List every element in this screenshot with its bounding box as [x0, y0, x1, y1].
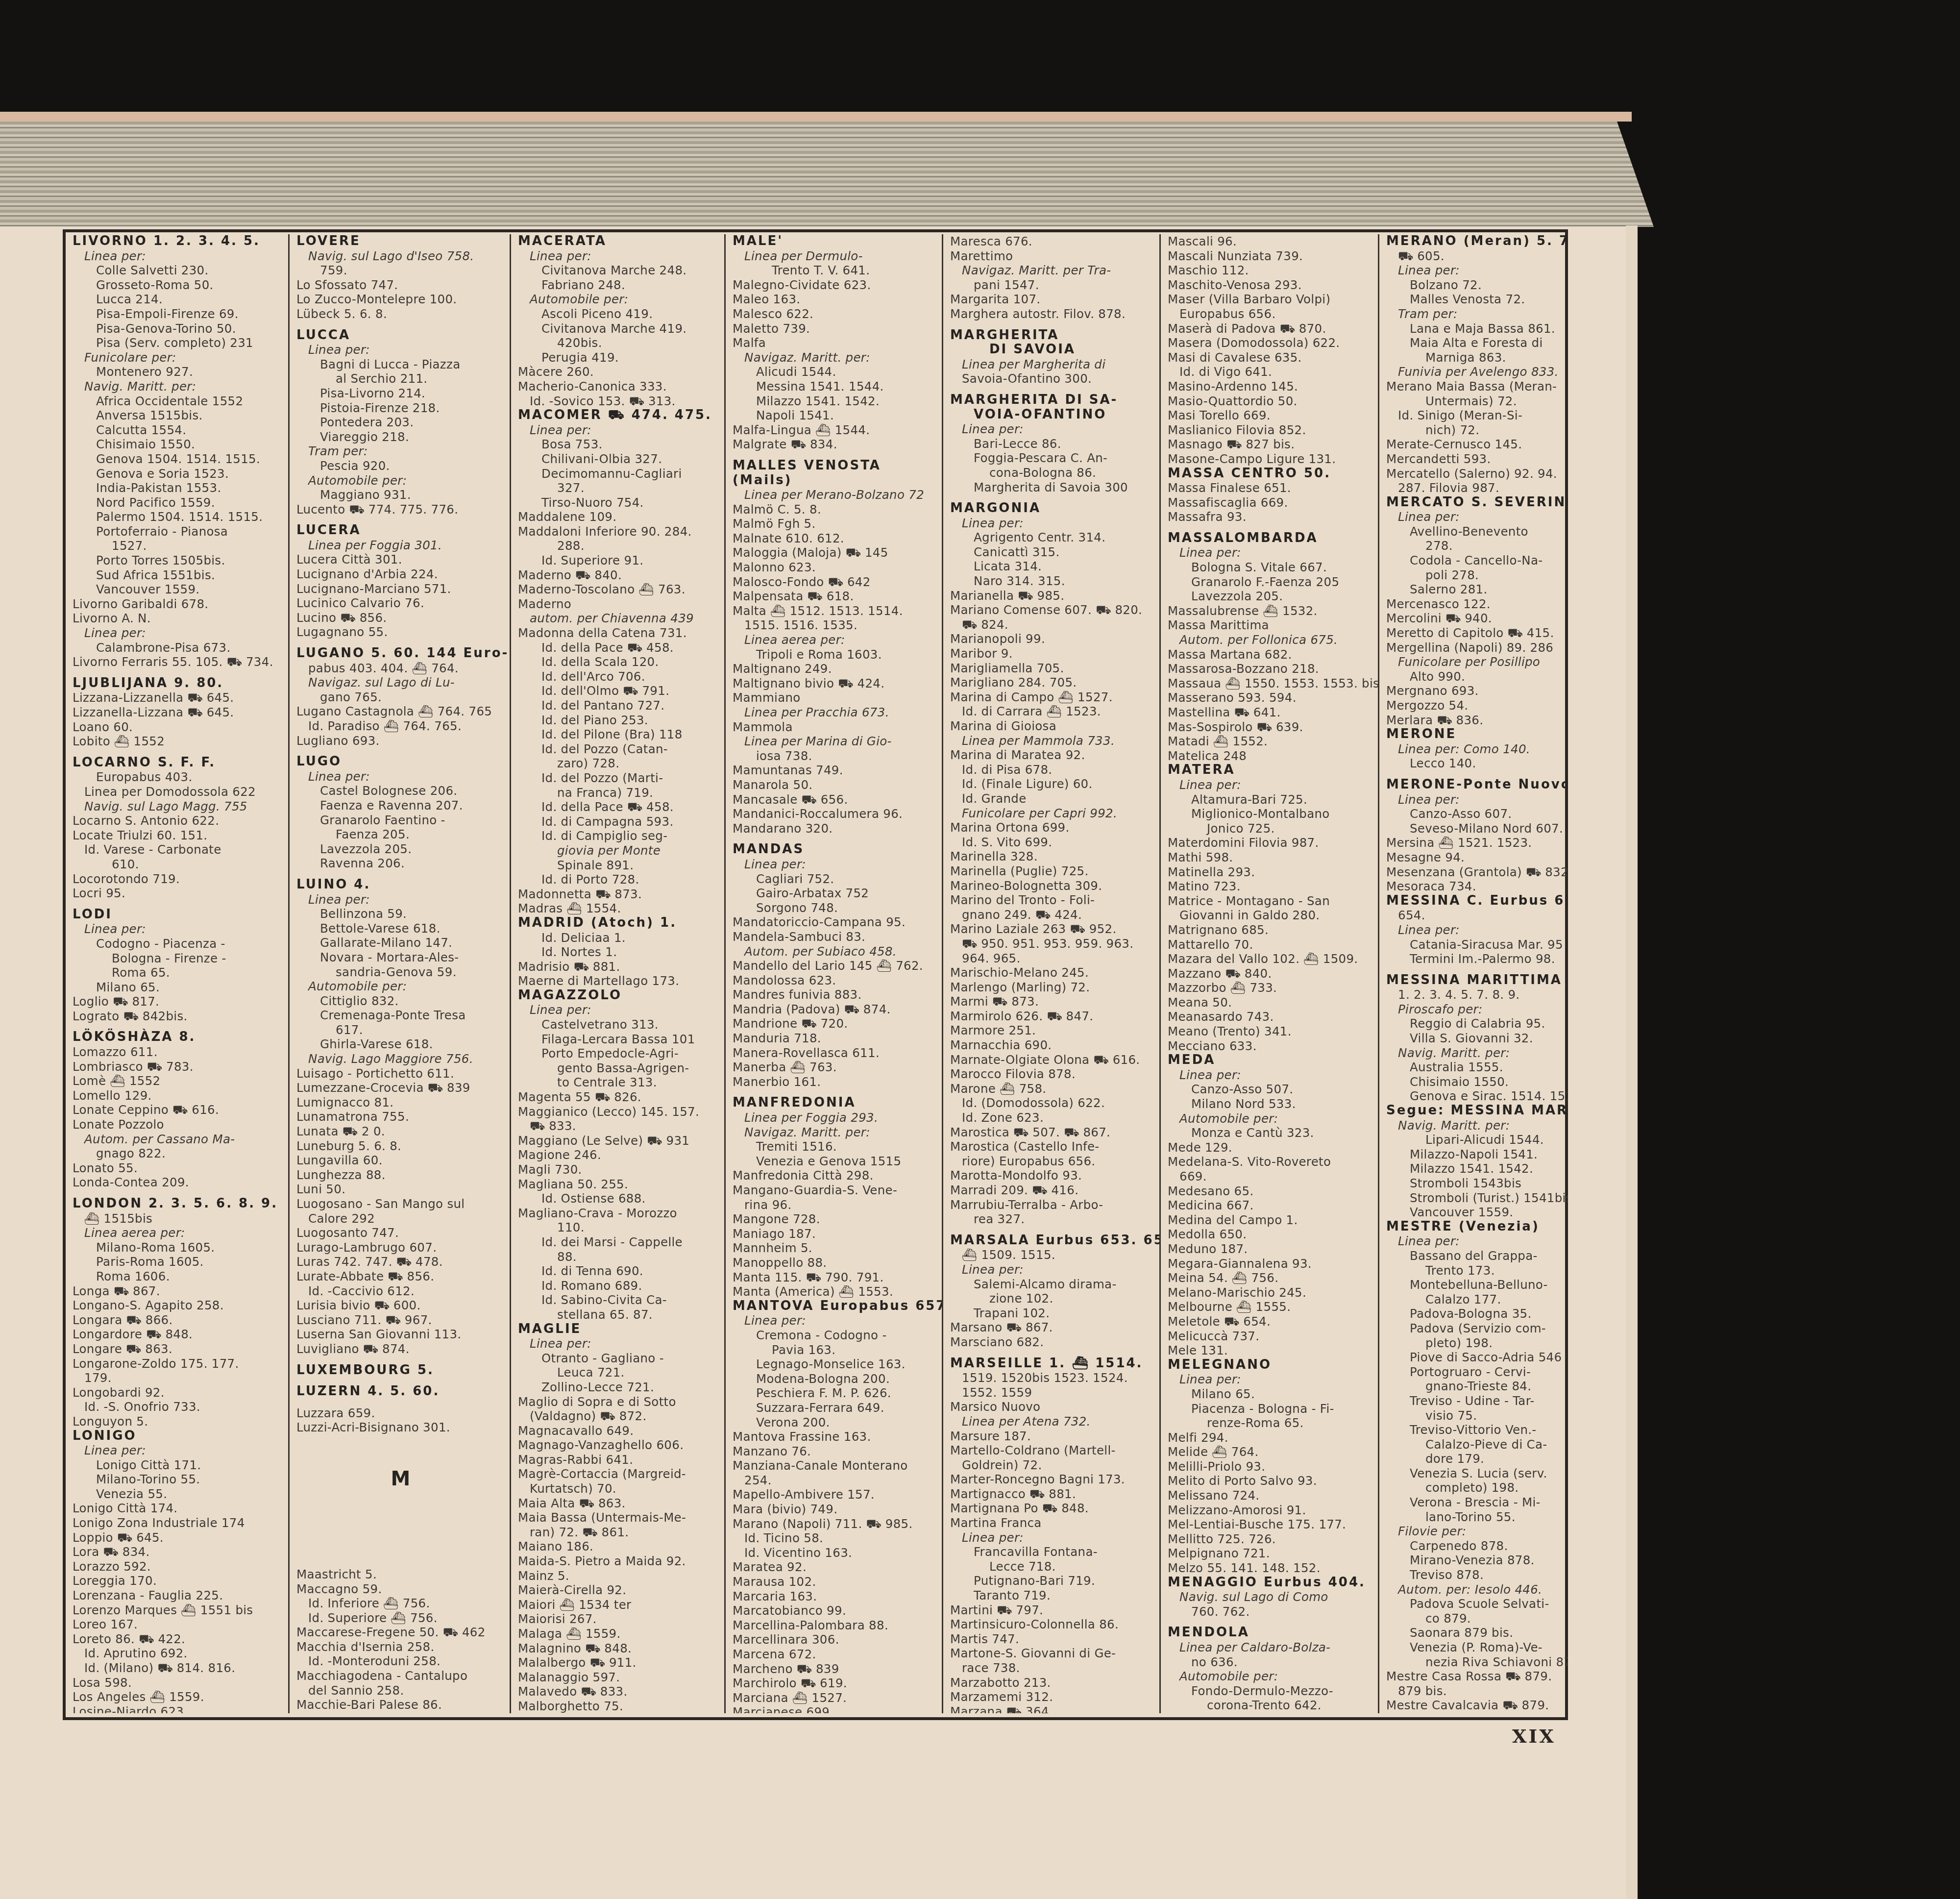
index-entry: Marradi 209. ⛟ 416. [950, 1183, 1154, 1198]
index-entry: Linea aerea per: [733, 633, 937, 647]
index-entry: Mercenasco 122. [1386, 597, 1563, 612]
index-entry: Id. del Pilone (Bra) 118 [518, 727, 719, 742]
index-entry: Porto Torres 1505bis. [73, 553, 283, 568]
index-entry: Linea per: [1168, 1068, 1373, 1083]
index-entry: Calalzo 177. [1386, 1292, 1563, 1307]
index-entry: Bologna - Firenze - [73, 951, 283, 966]
index-entry: Longuyon 5. [73, 1414, 283, 1429]
entry-heading: MARGONIA [950, 501, 1154, 516]
index-entry: Marzana ⛟ 364. [950, 1704, 1154, 1713]
index-entry: Medicina 667. [1168, 1198, 1373, 1213]
index-entry: Màcere 260. [518, 365, 719, 379]
index-entry: Linea per: [73, 249, 283, 264]
index-entry: Mazara del Vallo 102. ⛴ 1509. [1168, 952, 1373, 966]
index-entry: Navig. Lago Maggiore 756. [296, 1052, 505, 1066]
index-entry: Linea per: [1168, 545, 1373, 560]
index-entry: Portoferraio - Pianosa [73, 524, 283, 539]
index-entry: Marostica ⛟ 507. ⛟ 867. [950, 1125, 1154, 1140]
index-entry: Marcellina-Palombara 88. [733, 1618, 937, 1633]
index-entry: Cremenaga-Ponte Tresa [296, 1008, 505, 1023]
index-entry: Malfa-Lingua ⛴ 1544. [733, 423, 937, 438]
index-entry: Kurtatsch) 70. [518, 1481, 719, 1496]
index-entry: Losine-Niardo 623. [73, 1704, 283, 1713]
index-entry: Id. Inferiore ⛴ 756. [296, 1596, 505, 1611]
index-entry: Marcianese 699. [733, 1705, 937, 1713]
index-entry: Linea per: [518, 1336, 719, 1351]
index-entry: Novara - Mortara-Ales- [296, 950, 505, 965]
index-entry: Martignacco ⛟ 881. [950, 1487, 1154, 1502]
index-entry: Id. Nortes 1. [518, 945, 719, 960]
index-entry: Fondo-Dermulo-Mezzo- [1168, 1684, 1373, 1699]
index-entry: Marter-Roncegno Bagni 173. [950, 1472, 1154, 1487]
index-entry: Marigliano 284. 705. [950, 675, 1154, 690]
index-entry: Lurago-Lambrugo 607. [296, 1240, 505, 1255]
index-entry: Maltignano bivio ⛟ 424. [733, 676, 937, 691]
index-entry: Funicolare per: [73, 350, 283, 365]
index-entry: Id. di Porto 728. [518, 872, 719, 887]
index-entry: Piroscafo per: [1386, 1002, 1563, 1017]
index-entry: Linea per Atena 732. [950, 1414, 1154, 1429]
index-entry: Id. di Campagna 593. [518, 814, 719, 829]
entry-heading: MALLES VENOSTA [733, 459, 937, 473]
index-entry: Verona 200. [733, 1415, 937, 1430]
index-entry: Mercolini ⛟ 940. [1386, 611, 1563, 626]
index-entry: Maderno-Toscolano ⛴ 763. [518, 582, 719, 597]
index-entry: Lecce 718. [950, 1559, 1154, 1574]
entry-heading: MENDOLA [1168, 1626, 1373, 1640]
entry-heading: MARSALA Eurbus 653. 654 [950, 1233, 1154, 1248]
index-entry: Lusciano 711. ⛟ 967. [296, 1313, 505, 1328]
index-entry: Decimomannu-Cagliari [518, 467, 719, 481]
index-entry: Melano-Marischio 245. [1168, 1285, 1373, 1300]
page-stack-edges [0, 122, 1654, 227]
entry-heading: MERONE [1386, 727, 1563, 742]
index-entry: Linea per: [1386, 1234, 1563, 1249]
entry-heading: MELEGNANO [1168, 1358, 1373, 1373]
index-entry: Malanaggio 597. [518, 1670, 719, 1685]
index-entry: Losa 598. [73, 1676, 283, 1690]
index-entry: Mandello del Lario 145 ⛴ 762. [733, 959, 937, 973]
index-entry: Linea per Mammola 733. [950, 734, 1154, 748]
index-entry: Taranto 719. [950, 1588, 1154, 1603]
index-entry: Lugliano 693. [296, 734, 505, 748]
index-entry: nezia Riva Schiavoni 879 [1386, 1655, 1563, 1670]
index-entry: Peschiera F. M. P. 626. [733, 1386, 937, 1401]
index-entry: Matino 723. [1168, 879, 1373, 894]
index-entry: Bari-Lecce 86. [950, 437, 1154, 451]
index-entry: Navigaz. Maritt. per: [733, 1125, 937, 1140]
index-entry: Macchiagodena - Cantalupo [296, 1669, 505, 1683]
index-entry: Bolzano 72. [1386, 278, 1563, 293]
index-entry: 879 bis. [1386, 1713, 1563, 1713]
index-entry: Automobile per: [1168, 1111, 1373, 1126]
index-entry: Malonno 623. [733, 560, 937, 575]
index-entry: Lucca 214. [73, 292, 283, 307]
index-entry: Massafiscaglia 669. [1168, 495, 1373, 510]
entry-heading: LUCERA [296, 523, 505, 538]
index-entry: Marcena 672. [733, 1647, 937, 1662]
index-entry: Pisa-Empoli-Firenze 69. [73, 307, 283, 321]
index-entry: Luvigliano ⛟ 874. [296, 1342, 505, 1356]
index-entry: Mesenzana (Grantola) ⛟ 832 [1386, 865, 1563, 880]
index-entry: sandria-Genova 59. [296, 965, 505, 980]
index-entry: Mandolossa 623. [733, 973, 937, 988]
index-entry: Lunamatrona 755. [296, 1110, 505, 1124]
index-entry: Calalzo-Pieve di Ca- [1386, 1437, 1563, 1452]
index-entry: Meletole ⛟ 654. [1168, 1314, 1373, 1329]
index-entry: Mascali 96. [1168, 234, 1373, 249]
index-entry: Maderno ⛟ 840. [518, 568, 719, 583]
entry-heading: LJUBLIJANA 9. 80. [73, 676, 283, 691]
index-entry: Venezia e Genova 1515 [733, 1154, 937, 1169]
index-entry: Luzzi-Acri-Bisignano 301. [296, 1420, 505, 1435]
index-entry: Luogosanto 747. [296, 1226, 505, 1240]
index-entry: Lucignano-Marciano 571. [296, 582, 505, 596]
index-entry: Automobile per: [1168, 1669, 1373, 1684]
entry-heading: MEDA [1168, 1053, 1373, 1068]
index-entry: Padova (Servizio com- [1386, 1321, 1563, 1336]
index-entry: Masi Torello 669. [1168, 408, 1373, 423]
index-entry: Id. del Pantano 727. [518, 698, 719, 713]
entry-heading: LUZERN 4. 5. 60. [296, 1384, 505, 1399]
entry-heading: (Mails) [733, 473, 937, 488]
index-entry: Ravenna 206. [296, 856, 505, 871]
index-entry: Maccio-Masano ⛟ 856. [296, 1712, 505, 1713]
index-entry: ran) 72. ⛟ 861. [518, 1525, 719, 1540]
index-entry: Id. Varese - Carbonate [73, 842, 283, 857]
index-entry: nich) 72. [1386, 423, 1563, 438]
index-entry: Mas-Sospirolo ⛟ 639. [1168, 720, 1373, 735]
index-entry: Lonigo Città 171. [73, 1458, 283, 1473]
index-entry: Lorenzana - Fauglia 225. [73, 1588, 283, 1603]
index-entry: Mamuntanas 749. [733, 763, 937, 778]
index-entry: Id. Aprutino 692. [73, 1646, 283, 1661]
index-entry: ⛟ 950. 951. 953. 959. 963. [950, 937, 1154, 951]
index-column-1: LIVORNO 1. 2. 3. 4. 5.Linea per:Colle Sa… [66, 234, 288, 1713]
index-entry: Mammiano [733, 691, 937, 705]
index-entry: Malagnino ⛟ 848. [518, 1641, 719, 1656]
index-entry: Marino Laziale 263 ⛟ 952. [950, 922, 1154, 937]
index-entry: Megara-Giannalena 93. [1168, 1257, 1373, 1271]
index-entry: Loppio ⛟ 645. [73, 1530, 283, 1545]
index-entry: Macchie-Bari Palese 86. [296, 1698, 505, 1712]
index-entry: Trapani 102. [950, 1306, 1154, 1321]
index-entry: Legnago-Monselice 163. [733, 1357, 937, 1372]
index-entry: Paris-Roma 1605. [73, 1255, 283, 1269]
index-entry: Linea per: [950, 1530, 1154, 1545]
index-entry: Mandarano 320. [733, 821, 937, 836]
index-entry: Lobito ⛴ 1552 [73, 734, 283, 749]
index-entry: Mecciano 633. [1168, 1039, 1373, 1054]
index-entry: Linea per: [1386, 263, 1563, 278]
index-entry: Faenza e Ravenna 207. [296, 798, 505, 813]
index-entry: Malosco-Fondo ⛟ 642 [733, 575, 937, 590]
index-entry: Loglio ⛟ 817. [73, 994, 283, 1009]
index-entry: Linea per: [296, 769, 505, 784]
index-entry: Linea per: [1386, 792, 1563, 807]
index-entry: Marianopoli 99. [950, 632, 1154, 646]
index-entry: Lo Sfossato 747. [296, 278, 505, 293]
index-entry: Lo Zucco-Montelepre 100. [296, 292, 505, 307]
index-entry: Matinella 293. [1168, 865, 1373, 880]
index-entry: Maschito-Venosa 293. [1168, 278, 1373, 293]
index-entry: 88. [518, 1250, 719, 1264]
index-entry: Martello-Coldrano (Martell- [950, 1443, 1154, 1458]
index-entry: Mellitto 725. 726. [1168, 1532, 1373, 1547]
index-entry: Melilli-Priolo 93. [1168, 1459, 1373, 1474]
index-entry: Lungavilla 60. [296, 1153, 505, 1168]
index-entry: Funicolare per Capri 992. [950, 806, 1154, 821]
index-entry: Alicudi 1544. [733, 365, 937, 379]
index-entry: Reggio di Calabria 95. [1386, 1016, 1563, 1031]
entry-heading: LUCCA [296, 328, 505, 343]
index-entry: Merlara ⛟ 836. [1386, 713, 1563, 728]
index-entry: Mandria (Padova) ⛟ 874. [733, 1002, 937, 1017]
index-entry: Avellino-Benevento [1386, 524, 1563, 539]
index-entry: Maletto 739. [733, 321, 937, 336]
index-entry: Masera (Domodossola) 622. [1168, 336, 1373, 350]
index-entry: Lizzanella-Lizzana ⛟ 645. [73, 705, 283, 720]
index-entry: Manta (America) ⛴ 1553. [733, 1284, 937, 1299]
index-entry: 1552. 1559 [950, 1385, 1154, 1400]
index-entry: to Centrale 313. [518, 1075, 719, 1090]
index-entry: Id. del Pozzo (Marti- [518, 771, 719, 786]
index-entry: Marzamemi 312. [950, 1690, 1154, 1704]
index-entry: Lograto ⛟ 842bis. [73, 1009, 283, 1024]
index-entry: Id. Grande [950, 791, 1154, 806]
entry-heading: VOIA-OFANTINO [950, 408, 1154, 422]
index-entry: Perugia 419. [518, 350, 719, 365]
entry-heading: M [296, 1464, 505, 1494]
index-entry: Genova 1504. 1514. 1515. [73, 452, 283, 467]
index-entry: Magnacavallo 649. [518, 1424, 719, 1438]
index-entry: Cagliari 752. [733, 872, 937, 887]
index-entry: Id. -Monteroduni 258. [296, 1654, 505, 1669]
entry-heading: MERONE-Ponte Nuovo [1386, 778, 1563, 792]
index-entry: Monza e Cantù 323. [1168, 1126, 1373, 1140]
index-entry: Mergozzo 54. [1386, 698, 1563, 713]
index-entry: Pavia 163. [733, 1343, 937, 1357]
index-entry: Marzabotto 213. [950, 1676, 1154, 1690]
index-entry: Marcheno ⛟ 839 [733, 1662, 937, 1677]
index-entry: Id. (Finale Ligure) 60. [950, 777, 1154, 791]
index-entry: Locate Triulzi 60. 151. [73, 828, 283, 843]
index-entry: Martis 747. [950, 1632, 1154, 1647]
index-entry: 278. [1386, 539, 1563, 553]
index-entry: 759. [296, 263, 505, 278]
index-entry: Bassano del Grappa- [1386, 1249, 1563, 1263]
index-entry: Maida-S. Pietro a Maida 92. [518, 1554, 719, 1569]
index-entry: Maddaloni Inferiore 90. 284. [518, 524, 719, 539]
index-entry: Civitanova Marche 419. [518, 321, 719, 336]
index-entry: Mangano-Guardia-S. Vene- [733, 1183, 937, 1198]
index-entry: Maggiano (Le Selve) ⛟ 931 [518, 1134, 719, 1148]
index-entry: gano 765. [296, 690, 505, 705]
index-entry: Manziana-Canale Monterano [733, 1458, 937, 1473]
index-entry: Autom. per: Iesolo 446. [1386, 1582, 1563, 1597]
index-entry: Mandanici-Roccalumera 96. [733, 807, 937, 821]
index-entry: Lurisia bivio ⛟ 600. [296, 1298, 505, 1313]
index-entry: giovia per Monte [518, 843, 719, 858]
index-entry: Mannheim 5. [733, 1241, 937, 1256]
index-entry: Linea per Dermulo- [733, 249, 937, 264]
index-entry: Linea per Foggia 301. [296, 538, 505, 553]
index-entry: Ghirla-Varese 618. [296, 1037, 505, 1052]
index-entry: Marinella 328. [950, 849, 1154, 864]
index-entry: Meano (Trento) 341. [1168, 1024, 1373, 1039]
index-entry: Modena-Bologna 200. [733, 1372, 937, 1386]
index-entry: Masi di Cavalese 635. [1168, 350, 1373, 365]
index-entry: Pontedera 203. [296, 415, 505, 430]
index-entry: Marettimo [950, 249, 1154, 264]
index-entry: Lumezzane-Crocevia ⛟ 839 [296, 1081, 505, 1095]
index-entry: Melicuccà 737. [1168, 1329, 1373, 1344]
index-entry: Funivia per Avelengo 833. [1386, 365, 1563, 379]
index-entry: Marsciano 682. [950, 1335, 1154, 1350]
index-entry: Livorno Ferraris 55. 105. ⛟ 734. [73, 655, 283, 669]
index-entry: Calcutta 1554. [73, 423, 283, 438]
index-entry: poli 278. [1386, 568, 1563, 583]
index-entry: Otranto - Gagliano - [518, 1351, 719, 1366]
index-entry: Linea per: [296, 343, 505, 357]
index-entry: Id. Ticino 58. [733, 1531, 937, 1546]
index-entry: Mantova Frassine 163. [733, 1430, 937, 1444]
index-entry: Venezia 55. [73, 1487, 283, 1502]
index-entry: Luneburg 5. 6. 8. [296, 1139, 505, 1154]
index-entry: Massalubrense ⛴ 1532. [1168, 604, 1373, 618]
index-entry: Malnate 610. 612. [733, 531, 937, 546]
index-entry: Lombriasco ⛟ 783. [73, 1060, 283, 1074]
entry-heading: MERANO (Meran) 5. 7. [1386, 234, 1563, 249]
index-entry: Miglionico-Montalbano [1168, 807, 1373, 821]
index-entry: Longara ⛟ 866. [73, 1313, 283, 1328]
index-entry: Medelana-S. Vito-Rovereto [1168, 1155, 1373, 1169]
index-entry: gnano-Trieste 84. [1386, 1379, 1563, 1394]
index-entry: Martone-S. Giovanni di Ge- [950, 1646, 1154, 1661]
index-entry: Maribor 9. [950, 646, 1154, 661]
index-entry: Maastricht 5. [296, 1567, 505, 1582]
index-entry: Mel-Lentiai-Busche 175. 177. [1168, 1517, 1373, 1532]
index-entry: Pisa (Serv. completo) 231 [73, 336, 283, 350]
index-entry: Bettole-Varese 618. [296, 921, 505, 936]
index-entry: 327. [518, 481, 719, 495]
index-entry: Lugano Castagnola ⛴ 764. 765 [296, 704, 505, 719]
index-entry: Tram per: [296, 444, 505, 459]
index-entry: Lonate Ceppino ⛟ 616. [73, 1103, 283, 1117]
index-entry: 1527. [73, 539, 283, 553]
index-entry: Salemi-Alcamo dirama- [950, 1277, 1154, 1292]
index-entry: 1519. 1520bis 1523. 1524. [950, 1371, 1154, 1385]
index-entry: Id. della Pace ⛟ 458. [518, 800, 719, 814]
index-entry: Mammola [733, 720, 937, 735]
entry-heading: MESTRE (Venezia) [1386, 1220, 1563, 1234]
index-entry: Mazzano ⛟ 840. [1168, 966, 1373, 981]
index-entry: Codogno - Piacenza - [73, 937, 283, 951]
index-entry: Maserà di Padova ⛟ 870. [1168, 321, 1373, 336]
entry-heading: MANTOVA Europabus 657. [733, 1299, 937, 1314]
entry-heading: LUGO [296, 755, 505, 769]
index-entry: Cremona - Codogno - [733, 1328, 937, 1343]
entry-heading: LODI [73, 908, 283, 922]
index-entry: Lecco 140. [1386, 756, 1563, 771]
index-entry: Magrè-Cortaccia (Margreid- [518, 1467, 719, 1481]
index-entry: Navig. sul Lago di Como [1168, 1590, 1373, 1604]
index-entry: Automobile per: [296, 979, 505, 994]
entry-heading: LONIGO [73, 1429, 283, 1444]
index-entry: Malgrate ⛟ 834. [733, 437, 937, 452]
index-entry: Marlengo (Marling) 72. [950, 980, 1154, 995]
index-entry: ⛟ 605. [1386, 249, 1563, 264]
index-entry: Locorotondo 719. [73, 872, 283, 887]
index-entry: Marciana ⛴ 1527. [733, 1691, 937, 1705]
index-entry: India-Pakistan 1553. [73, 481, 283, 495]
index-entry: Malmö Fgh 5. [733, 517, 937, 531]
index-entry: Napoli 1541. [733, 408, 937, 423]
index-entry: Margarita 107. [950, 292, 1154, 307]
index-entry: Lumignacco 81. [296, 1095, 505, 1110]
index-entry: Licata 314. [950, 559, 1154, 574]
index-entry: Magli 730. [518, 1162, 719, 1177]
index-entry: Maggiano 931. [296, 488, 505, 502]
index-entry: Lomè ⛴ 1552 [73, 1074, 283, 1088]
index-entry: Vancouver 1559. [73, 582, 283, 597]
index-entry: rea 327. [950, 1212, 1154, 1227]
entry-heading: MASSALOMBARDA [1168, 531, 1373, 546]
index-entry: pleto) 198. [1386, 1336, 1563, 1351]
index-entry: Id. di Campiglio seg- [518, 829, 719, 843]
index-entry: Mara (bivio) 749. [733, 1502, 937, 1517]
entry-heading: LUGANO 5. 60. 144 Euro- [296, 646, 505, 661]
index-entry: Magnago-Vanzaghello 606. [518, 1438, 719, 1453]
index-entry: Massarosa-Bozzano 218. [1168, 662, 1373, 676]
index-entry: Autom. per Subiaco 458. [733, 944, 937, 959]
index-entry: pabus 403. 404. ⛴ 764. [296, 661, 505, 676]
index-entry: Massa Finalese 651. [1168, 481, 1373, 495]
index-entry: Melito di Porto Salvo 93. [1168, 1474, 1373, 1488]
index-entry: Lomello 129. [73, 1088, 283, 1103]
entry-heading: LUINO 4. [296, 878, 505, 892]
index-entry: Agrigento Centr. 314. [950, 530, 1154, 545]
index-entry: Navig. sul Lago Magg. 755 [73, 799, 283, 814]
index-entry: Saonara 879 bis. [1386, 1626, 1563, 1640]
index-entry: Maderno [518, 597, 719, 612]
index-entry: Linea per: Como 140. [1386, 742, 1563, 757]
entry-heading: MANFREDONIA [733, 1096, 937, 1110]
index-entry: Id. della Pace ⛟ 458. [518, 641, 719, 655]
index-entry: Lübeck 5. 6. 8. [296, 307, 505, 321]
index-entry: Id. della Scala 120. [518, 655, 719, 669]
index-entry: Mainz 5. [518, 1569, 719, 1583]
index-entry: Linea per Pracchia 673. [733, 705, 937, 720]
index-entry: Salerno 281. [1386, 582, 1563, 597]
index-entry: Masone-Campo Ligure 131. [1168, 452, 1373, 467]
index-entry: Maiori ⛴ 1534 ter [518, 1598, 719, 1612]
index-entry: Id. Superiore 91. [518, 553, 719, 568]
index-entry: Linea per: [733, 1313, 937, 1328]
index-entry: Automobile per: [296, 473, 505, 488]
index-entry: Piove di Sacco-Adria 546 [1386, 1350, 1563, 1365]
index-entry: Mele 131. [1168, 1343, 1373, 1358]
index-entry: Linea per: [73, 922, 283, 937]
index-entry: Massafra 93. [1168, 510, 1373, 524]
index-entry: Merano Maia Bassa (Meran- [1386, 379, 1563, 394]
index-entry: Marostica (Castello Infe- [950, 1139, 1154, 1154]
index-entry: Marianella ⛟ 985. [950, 589, 1154, 603]
index-entry: Livorno A. N. [73, 611, 283, 626]
index-entry: Maloggia (Maloja) ⛟ 145 [733, 545, 937, 560]
index-entry: Leuca 721. [518, 1365, 719, 1380]
index-entry: 617. [296, 1023, 505, 1037]
